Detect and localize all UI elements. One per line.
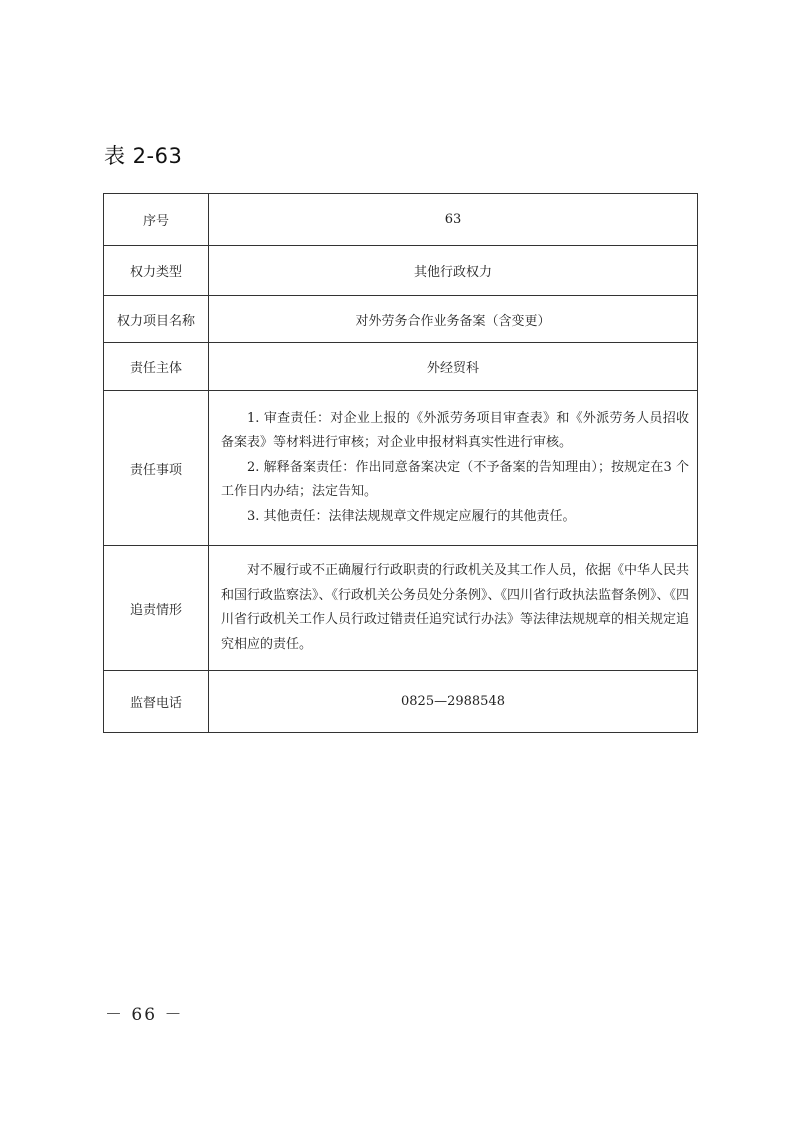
row-label: 追责情形 (104, 546, 209, 671)
row-value: 63 (209, 194, 698, 246)
row-paragraphs: 对不履行或不正确履行行政职责的行政机关及其工作人员，依据《中华人民共和国行政监察… (209, 546, 698, 671)
table-row-power-item-name: 权力项目名称 对外劳务合作业务备案（含变更） (104, 296, 698, 343)
table-row-serial-number: 序号 63 (104, 194, 698, 246)
row-value: 其他行政权力 (209, 246, 698, 296)
table-caption: 表 2-63 (104, 140, 182, 170)
page-number: － 66 － (105, 1000, 183, 1025)
responsibility-item: 3. 其他责任：法律法规规章文件规定应履行的其他责任。 (221, 505, 689, 530)
row-label: 责任主体 (104, 343, 209, 391)
responsibility-table: 序号 63 权力类型 其他行政权力 权力项目名称 对外劳务合作业务备案（含变更）… (103, 193, 698, 733)
row-paragraphs: 1. 审查责任：对企业上报的《外派劳务项目审查表》和《外派劳务人员招收备案表》等… (209, 391, 698, 546)
row-label: 监督电话 (104, 671, 209, 733)
row-label: 权力类型 (104, 246, 209, 296)
table-row-power-type: 权力类型 其他行政权力 (104, 246, 698, 296)
row-label: 责任事项 (104, 391, 209, 546)
table-row-responsible-entity: 责任主体 外经贸科 (104, 343, 698, 391)
accountability-text: 对不履行或不正确履行行政职责的行政机关及其工作人员，依据《中华人民共和国行政监察… (221, 559, 689, 657)
row-label: 序号 (104, 194, 209, 246)
row-value: 对外劳务合作业务备案（含变更） (209, 296, 698, 343)
responsibility-item: 2. 解释备案责任：作出同意备案决定（不予备案的告知理由）；按规定在3 个工作日… (221, 456, 689, 505)
table-row-supervision-phone: 监督电话 0825—2988548 (104, 671, 698, 733)
responsibility-item: 1. 审查责任：对企业上报的《外派劳务项目审查表》和《外派劳务人员招收备案表》等… (221, 407, 689, 456)
table-row-accountability: 追责情形 对不履行或不正确履行行政职责的行政机关及其工作人员，依据《中华人民共和… (104, 546, 698, 671)
table-row-responsibilities: 责任事项 1. 审查责任：对企业上报的《外派劳务项目审查表》和《外派劳务人员招收… (104, 391, 698, 546)
row-label: 权力项目名称 (104, 296, 209, 343)
phone-number: 0825—2988548 (209, 671, 698, 733)
row-value: 外经贸科 (209, 343, 698, 391)
